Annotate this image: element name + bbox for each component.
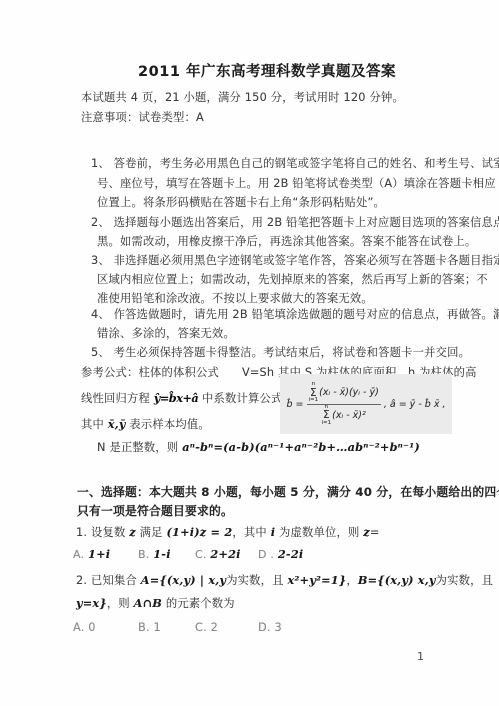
ahat-rhs: , â = ȳ - b̂ x̄ , [384, 399, 446, 410]
notice-4-line-2: 错涂、多涂的，答案无效。 [97, 326, 235, 342]
notice-1-line-2: 号、座位号，填写在答题卡上。用 2B 铅笔将试卷类型（A）填涂在答题卡相应 [97, 176, 496, 192]
section-1-heading-line-2: 只有一项是符合题目要求的。 [77, 503, 233, 519]
notice-3-line-2: 区域内相应位置上；如需改动，先划掉原来的答案，然后再写上新的答案；不 [97, 272, 488, 288]
mean-post: 表示样本均值。 [126, 418, 210, 431]
question-2-options: A. 0 B. 1 C. 2 D. 3 [73, 620, 282, 636]
mean-symbols: x̄,ȳ [108, 417, 126, 431]
notice-1-line-1: 1、 答卷前，考生务必用黑色自己的钢笔或签字笔将自己的姓名、和考生号、试室 [91, 156, 499, 172]
question-2-statement-line-2: y=x}，则 A∩B 的元素个数为 [76, 595, 235, 612]
fraction-denominator: n Σ i=1 (xᵢ - x̄)² [307, 404, 381, 427]
sum-symbol: n Σ i=1 [309, 382, 319, 404]
sum-symbol: n Σ i=1 [322, 405, 332, 427]
q2-option-b: B. 1 [138, 620, 195, 636]
page-number: 1 [417, 650, 424, 663]
formula-power-line: N 是正整数，则 aⁿ-bⁿ=(a-b)(aⁿ⁻¹+aⁿ⁻²b+…abⁿ⁻²+b… [97, 439, 420, 456]
question-1-options: A. 1+i B. 1-i C. 2+2i D . 2-2i [73, 546, 303, 563]
q1-option-c: C. 2+2i [195, 546, 258, 563]
question-1-statement: 1. 设复数 z 满足 (1+i)z = 2，其中 i 为虚数单位，则 z= [76, 524, 380, 541]
q1-option-a: A. 1+i [73, 546, 138, 563]
bhat-lhs: b̂ = [287, 399, 304, 410]
q2-option-c: C. 2 [195, 620, 258, 636]
section-1-heading-line-1: 一、选择题：本大题共 8 小题，每小题 5 分，满分 40 分，在每小题给出的四… [77, 484, 499, 500]
formula-regression-line: 线性回归方程 ŷ=b̂x+â 中系数计算公式 [81, 390, 283, 407]
q1-option-b: B. 1-i [138, 546, 195, 563]
regression-pre: 线性回归方程 [81, 392, 154, 405]
q2-option-a: A. 0 [73, 620, 138, 636]
q2-option-d: D. 3 [258, 620, 282, 636]
power-equation: aⁿ-bⁿ=(a-b)(aⁿ⁻¹+aⁿ⁻²b+…abⁿ⁻²+bⁿ⁻¹) [182, 440, 420, 454]
document-title: 2011 年广东高考理科数学真题及答案 [35, 60, 499, 81]
power-pre: N 是正整数，则 [97, 441, 182, 454]
regression-equation: ŷ=b̂x+â [154, 391, 198, 405]
notice-5-line-1: 5、 考生必须保持答题卡得整洁。考试结束后，将试卷和答题卡一并交回。 [91, 345, 470, 361]
notice-3-line-1: 3、 非选择题必须用黑色字迹钢笔或签字笔作答，答案必须写在答题卡各题目指定 [91, 253, 499, 269]
notice-2-line-2: 黑。如需改动，用橡皮擦干净后，再选涂其他答案。答案不能答在试卷上。 [97, 234, 476, 250]
regression-post: 中系数计算公式 [198, 392, 282, 405]
notice-1-line-3: 位置上。将条形码横贴在答题卡右上角“条形码粘贴处”。 [97, 195, 385, 211]
meta-line-2: 注意事项：试卷类型：A [81, 110, 204, 126]
bhat-fraction: n Σ i=1 (xᵢ - x̄)(yᵢ - ȳ) n Σ i=1 (xᵢ - … [307, 382, 381, 426]
regression-formula-image: b̂ = n Σ i=1 (xᵢ - x̄)(yᵢ - ȳ) n Σ i=1 (… [280, 374, 452, 434]
notice-3-line-3: 准使用铅笔和涂改液。不按以上要求做大的答案无效。 [97, 291, 373, 307]
fraction-numerator: n Σ i=1 (xᵢ - x̄)(yᵢ - ȳ) [307, 382, 381, 404]
notice-4-line-1: 4、 作答选做题时，请先用 2B 铅笔填涂选做题的题号对应的信息点，再做答。漏涂… [91, 307, 499, 323]
question-2-statement-line-1: 2. 已知集合 A={(x,y) | x,y为实数，且 x²+y²=1}，B={… [76, 572, 493, 589]
q1-option-d: D . 2-2i [258, 546, 303, 563]
sigma-glyph: Σ [323, 410, 330, 421]
exam-document-page: 2011 年广东高考理科数学真题及答案 本试题共 4 页，21 小题，满分 15… [0, 0, 499, 706]
notice-2-line-1: 2、 选择题每小题选出答案后，用 2B 铅笔把答题卡上对应题目选项的答案信息点涂 [91, 215, 499, 231]
formula-mean-line: 其中 x̄,ȳ 表示样本均值。 [81, 416, 210, 433]
meta-line-1: 本试题共 4 页，21 小题，满分 150 分，考试用时 120 分钟。 [81, 90, 404, 106]
mean-pre: 其中 [81, 418, 108, 431]
